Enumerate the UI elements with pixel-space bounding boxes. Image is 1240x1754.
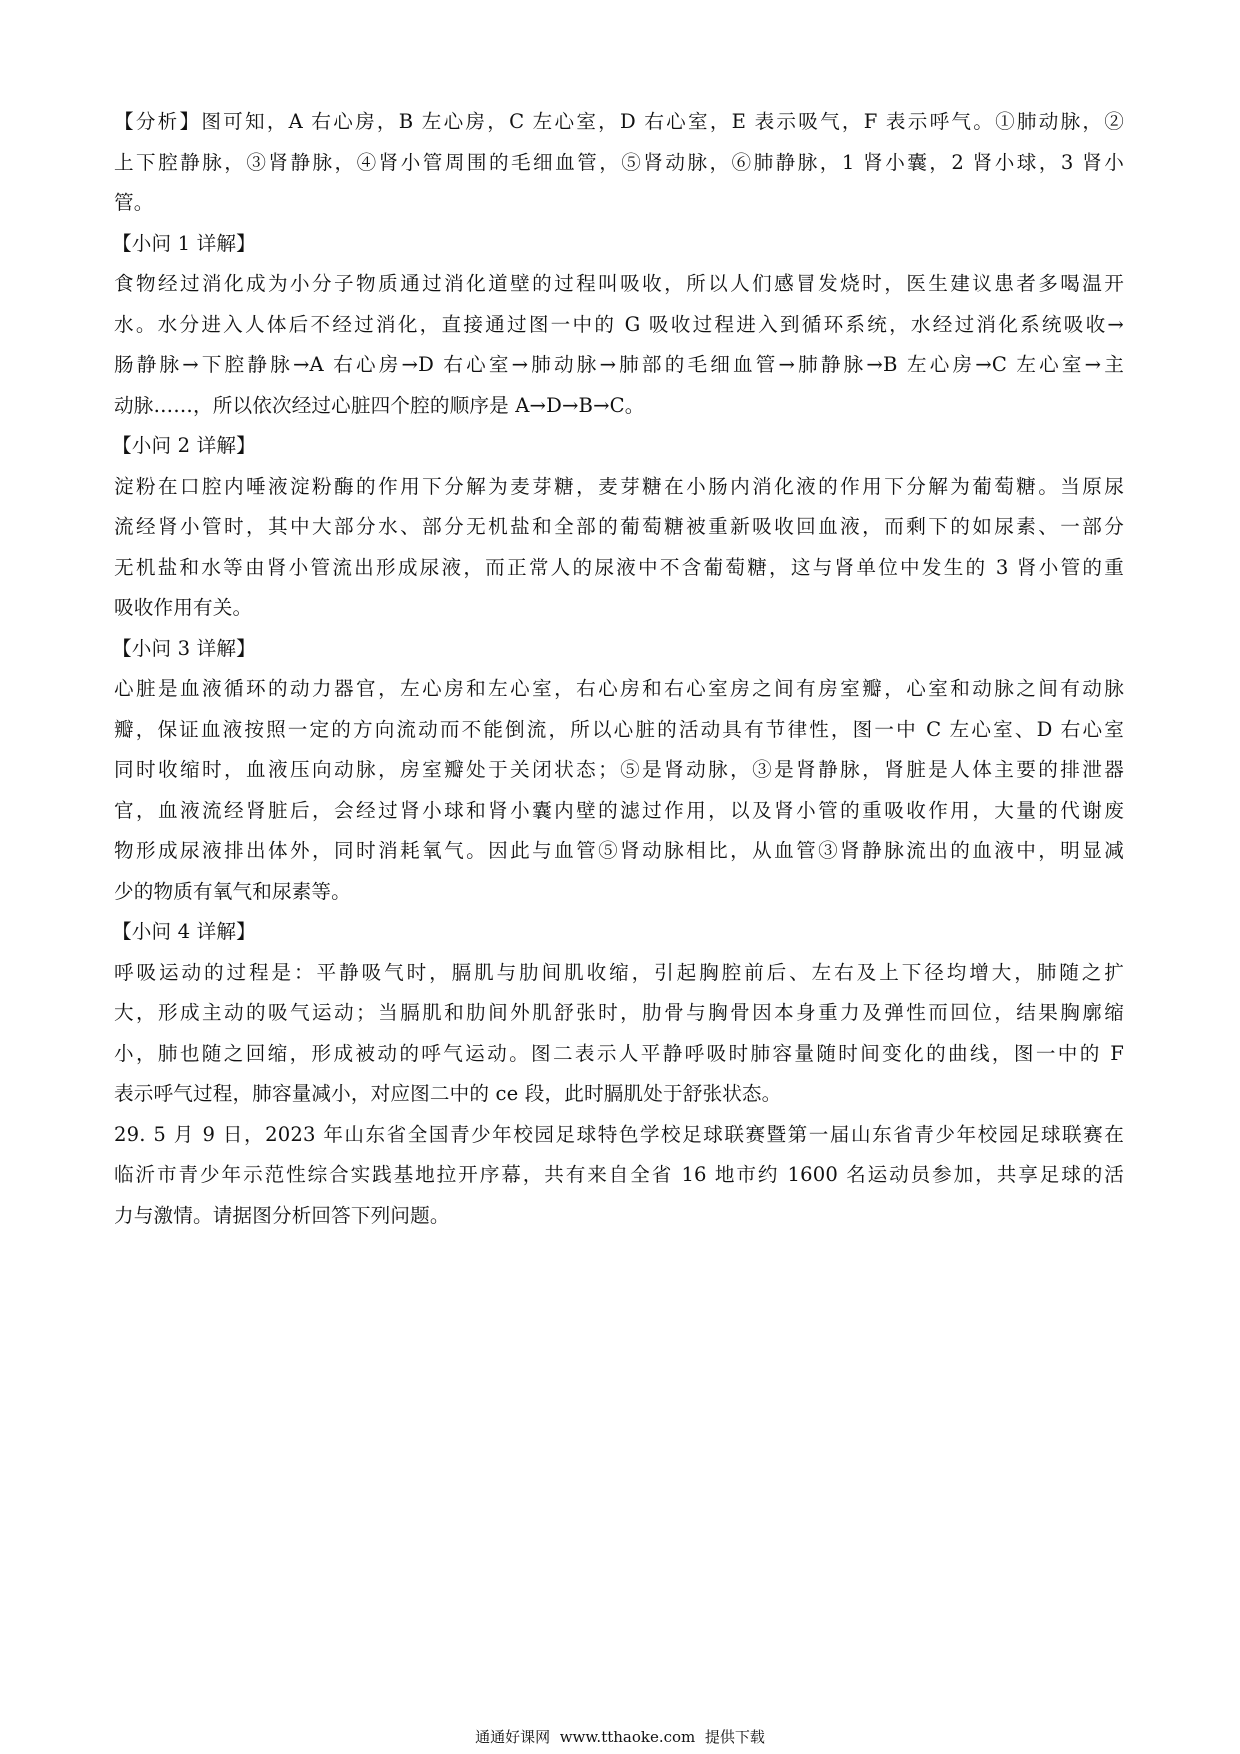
paragraph-line: 少的物质有氧气和尿素等。: [114, 872, 1124, 913]
section-q1: 【小问 1 详解】 食物经过消化成为小分子物质通过消化道壁的过程叫吸收，所以人们…: [114, 224, 1124, 427]
analysis-line: 【分析】图可知，A 右心房，B 左心房，C 左心室，D 右心室，E 表示吸气，F…: [114, 102, 1124, 143]
document-page: 【分析】图可知，A 右心房，B 左心房，C 左心室，D 右心室，E 表示吸气，F…: [114, 102, 1124, 1236]
section-heading: 【小问 2 详解】: [112, 426, 1124, 467]
page-footer: 通通好课网 www.tthaoke.com 提供下载: [0, 1726, 1240, 1747]
paragraph-line: 大，形成主动的吸气运动；当膈肌和肋间外肌舒张时，肋骨与胸骨因本身重力及弹性而回位…: [114, 993, 1124, 1034]
analysis-line: 管。: [114, 183, 1124, 224]
paragraph-line: 官，血液流经肾脏后，会经过肾小球和肾小囊内壁的滤过作用，以及肾小管的重吸收作用，…: [114, 791, 1124, 832]
paragraph-line: 物形成尿液排出体外，同时消耗氧气。因此与血管⑤肾动脉相比，从血管③肾静脉流出的血…: [114, 831, 1124, 872]
question-line: 29. 5 月 9 日，2023 年山东省全国青少年校园足球特色学校足球联赛暨第…: [114, 1115, 1124, 1156]
section-heading: 【小问 4 详解】: [112, 912, 1124, 953]
paragraph-line: 小，肺也随之回缩，形成被动的呼气运动。图二表示人平静呼吸时肺容量随时间变化的曲线…: [114, 1034, 1124, 1075]
paragraph-line: 食物经过消化成为小分子物质通过消化道壁的过程叫吸收，所以人们感冒发烧时，医生建议…: [114, 264, 1124, 305]
paragraph-line: 肠静脉→下腔静脉→A 右心房→D 右心室→肺动脉→肺部的毛细血管→肺静脉→B 左…: [114, 345, 1124, 386]
question-line: 临沂市青少年示范性综合实践基地拉开序幕，共有来自全省 16 地市约 1600 名…: [114, 1155, 1124, 1196]
paragraph-line: 流经肾小管时，其中大部分水、部分无机盐和全部的葡萄糖被重新吸收回血液，而剩下的如…: [114, 507, 1124, 548]
paragraph-line: 呼吸运动的过程是：平静吸气时，膈肌与肋间肌收缩，引起胸腔前后、左右及上下径均增大…: [114, 953, 1124, 994]
paragraph-line: 表示呼气过程，肺容量减小，对应图二中的 ce 段，此时膈肌处于舒张状态。: [114, 1074, 1124, 1115]
section-q3: 【小问 3 详解】 心脏是血液循环的动力器官，左心房和左心室，右心房和右心室房之…: [114, 629, 1124, 913]
paragraph-line: 淀粉在口腔内唾液淀粉酶的作用下分解为麦芽糖，麦芽糖在小肠内消化液的作用下分解为葡…: [114, 467, 1124, 508]
analysis-line: 上下腔静脉，③肾静脉，④肾小管周围的毛细血管，⑤肾动脉，⑥肺静脉，1 肾小囊，2…: [114, 143, 1124, 184]
section-heading: 【小问 3 详解】: [112, 629, 1124, 670]
section-q2: 【小问 2 详解】 淀粉在口腔内唾液淀粉酶的作用下分解为麦芽糖，麦芽糖在小肠内消…: [114, 426, 1124, 629]
paragraph-line: 水。水分进入人体后不经过消化，直接通过图一中的 G 吸收过程进入到循环系统，水经…: [114, 305, 1124, 346]
paragraph-line: 吸收作用有关。: [114, 588, 1124, 629]
paragraph-line: 瓣，保证血液按照一定的方向流动而不能倒流，所以心脏的活动具有节律性，图一中 C …: [114, 710, 1124, 751]
section-q4: 【小问 4 详解】 呼吸运动的过程是：平静吸气时，膈肌与肋间肌收缩，引起胸腔前后…: [114, 912, 1124, 1115]
question-29: 29. 5 月 9 日，2023 年山东省全国青少年校园足球特色学校足球联赛暨第…: [114, 1115, 1124, 1237]
paragraph-line: 无机盐和水等由肾小管流出形成尿液，而正常人的尿液中不含葡萄糖，这与肾单位中发生的…: [114, 548, 1124, 589]
section-heading: 【小问 1 详解】: [112, 224, 1124, 265]
paragraph-line: 心脏是血液循环的动力器官，左心房和左心室，右心房和右心室房之间有房室瓣，心室和动…: [114, 669, 1124, 710]
paragraph-line: 同时收缩时，血液压向动脉，房室瓣处于关闭状态；⑤是肾动脉，③是肾静脉，肾脏是人体…: [114, 750, 1124, 791]
paragraph-line: 动脉……，所以依次经过心脏四个腔的顺序是 A→D→B→C。: [114, 386, 1124, 427]
question-line: 力与激情。请据图分析回答下列问题。: [114, 1196, 1124, 1237]
analysis-block: 【分析】图可知，A 右心房，B 左心房，C 左心室，D 右心室，E 表示吸气，F…: [114, 102, 1124, 224]
